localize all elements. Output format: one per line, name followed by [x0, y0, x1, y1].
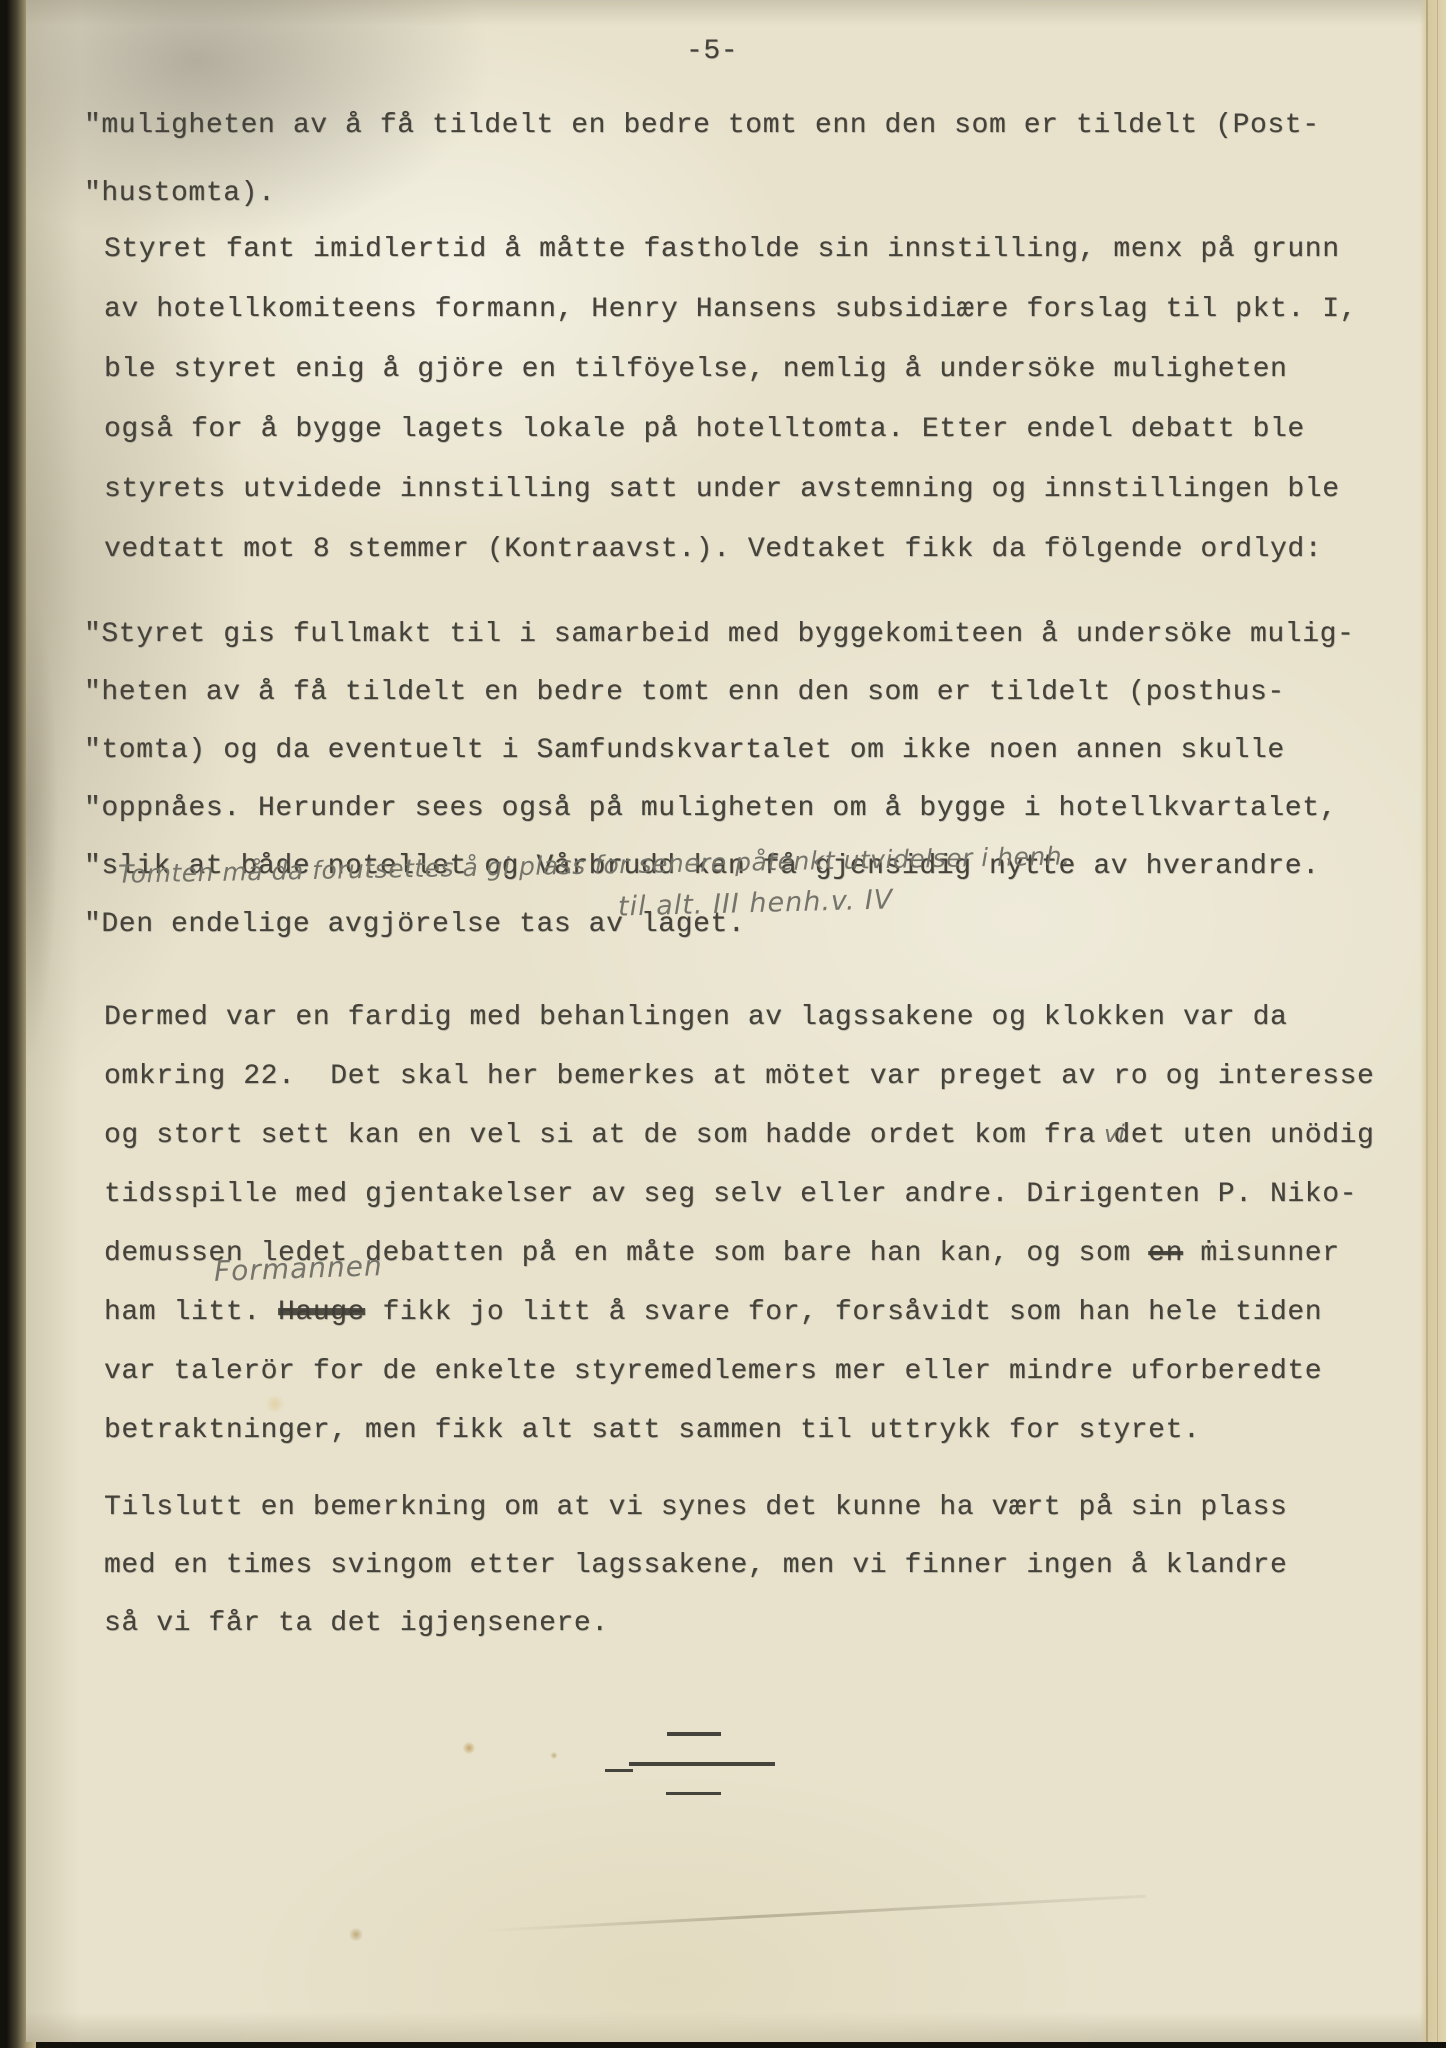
page-edge-line: [1426, 0, 1428, 2042]
text-line: "heten av å få tildelt en bedre tomt enn…: [84, 664, 1354, 722]
closing-dash: [605, 1769, 633, 1772]
text-line: betraktninger, men fikk alt satt sammen …: [104, 1401, 1374, 1460]
paragraph-tilslutt: Tilslutt en bemerkning om at vi synes de…: [104, 1479, 1287, 1653]
text-segment: ham litt.: [104, 1297, 278, 1328]
text-line: vedtatt mot 8 stemmer (Kontraavst.). Ved…: [104, 520, 1357, 580]
text-line: og stort sett kan en vel si at de som ha…: [104, 1106, 1374, 1165]
paragraph-styret: Styret fant imidlertid å måtte fastholde…: [104, 220, 1357, 580]
typewritten-text-layer: -5- "muligheten av å få tildelt en bedre…: [26, 0, 1446, 2042]
text-segment: ṁisunner: [1183, 1238, 1340, 1269]
handwritten-correction-vi: vi: [1104, 1120, 1125, 1148]
page-number: -5-: [686, 36, 738, 67]
text-line: var talerör for de enkelte styremedlemer…: [104, 1342, 1374, 1401]
text-line: styrets utvidede innstilling satt under …: [104, 460, 1357, 520]
text-line: av hotellkomiteens formann, Henry Hansen…: [104, 280, 1357, 340]
text-line: "tomta) og da eventuelt i Samfundskvarta…: [84, 722, 1354, 780]
text-line: "Styret gis fullmakt til i samarbeid med…: [84, 606, 1354, 664]
page-edge-line: [1437, 0, 1438, 2042]
text-line: omkring 22. Det skal her bemerkes at möt…: [104, 1047, 1374, 1106]
closing-dash: [667, 1732, 721, 1736]
text-line: "muligheten av å få tildelt en bedre tom…: [84, 92, 1320, 160]
handwritten-correction-formannen: Formannen: [213, 1249, 383, 1288]
text-segment: fikk jo litt å svare for, forsåvidt som …: [365, 1297, 1322, 1328]
text-line: også for å bygge lagets lokale på hotell…: [104, 400, 1357, 460]
underlying-page-edge: [1420, 0, 1446, 2042]
scanned-page: -5- "muligheten av å få tildelt en bedre…: [26, 0, 1446, 2042]
text-line: tidsspille med gjentakelser av seg selv …: [104, 1165, 1374, 1224]
text-line: Tilslutt en bemerkning om at vi synes de…: [104, 1479, 1287, 1537]
paragraph-intro-quote: "muligheten av å få tildelt en bedre tom…: [84, 92, 1320, 228]
text-line: "oppnåes. Herunder sees også på mulighet…: [84, 780, 1354, 838]
text-line: ham litt. Hauge fikk jo litt å svare for…: [104, 1283, 1374, 1342]
text-line: Dermed var en fardig med behanlingen av …: [104, 988, 1374, 1047]
closing-dash: [666, 1792, 721, 1795]
struck-word-en: en: [1148, 1238, 1183, 1269]
text-line: så vi får ta det igjeŋsenere.: [104, 1595, 1287, 1653]
struck-word-hauge: Hauge: [278, 1297, 365, 1328]
paragraph-debatt: Dermed var en fardig med behanlingen av …: [104, 988, 1374, 1460]
text-line: ble styret enig å gjöre en tilföyelse, n…: [104, 340, 1357, 400]
text-line: med en times svingom etter lagssakene, m…: [104, 1537, 1287, 1595]
text-line: Styret fant imidlertid å måtte fastholde…: [104, 220, 1357, 280]
closing-dash: [629, 1762, 775, 1766]
text-line: "hustomta).: [84, 160, 1320, 228]
